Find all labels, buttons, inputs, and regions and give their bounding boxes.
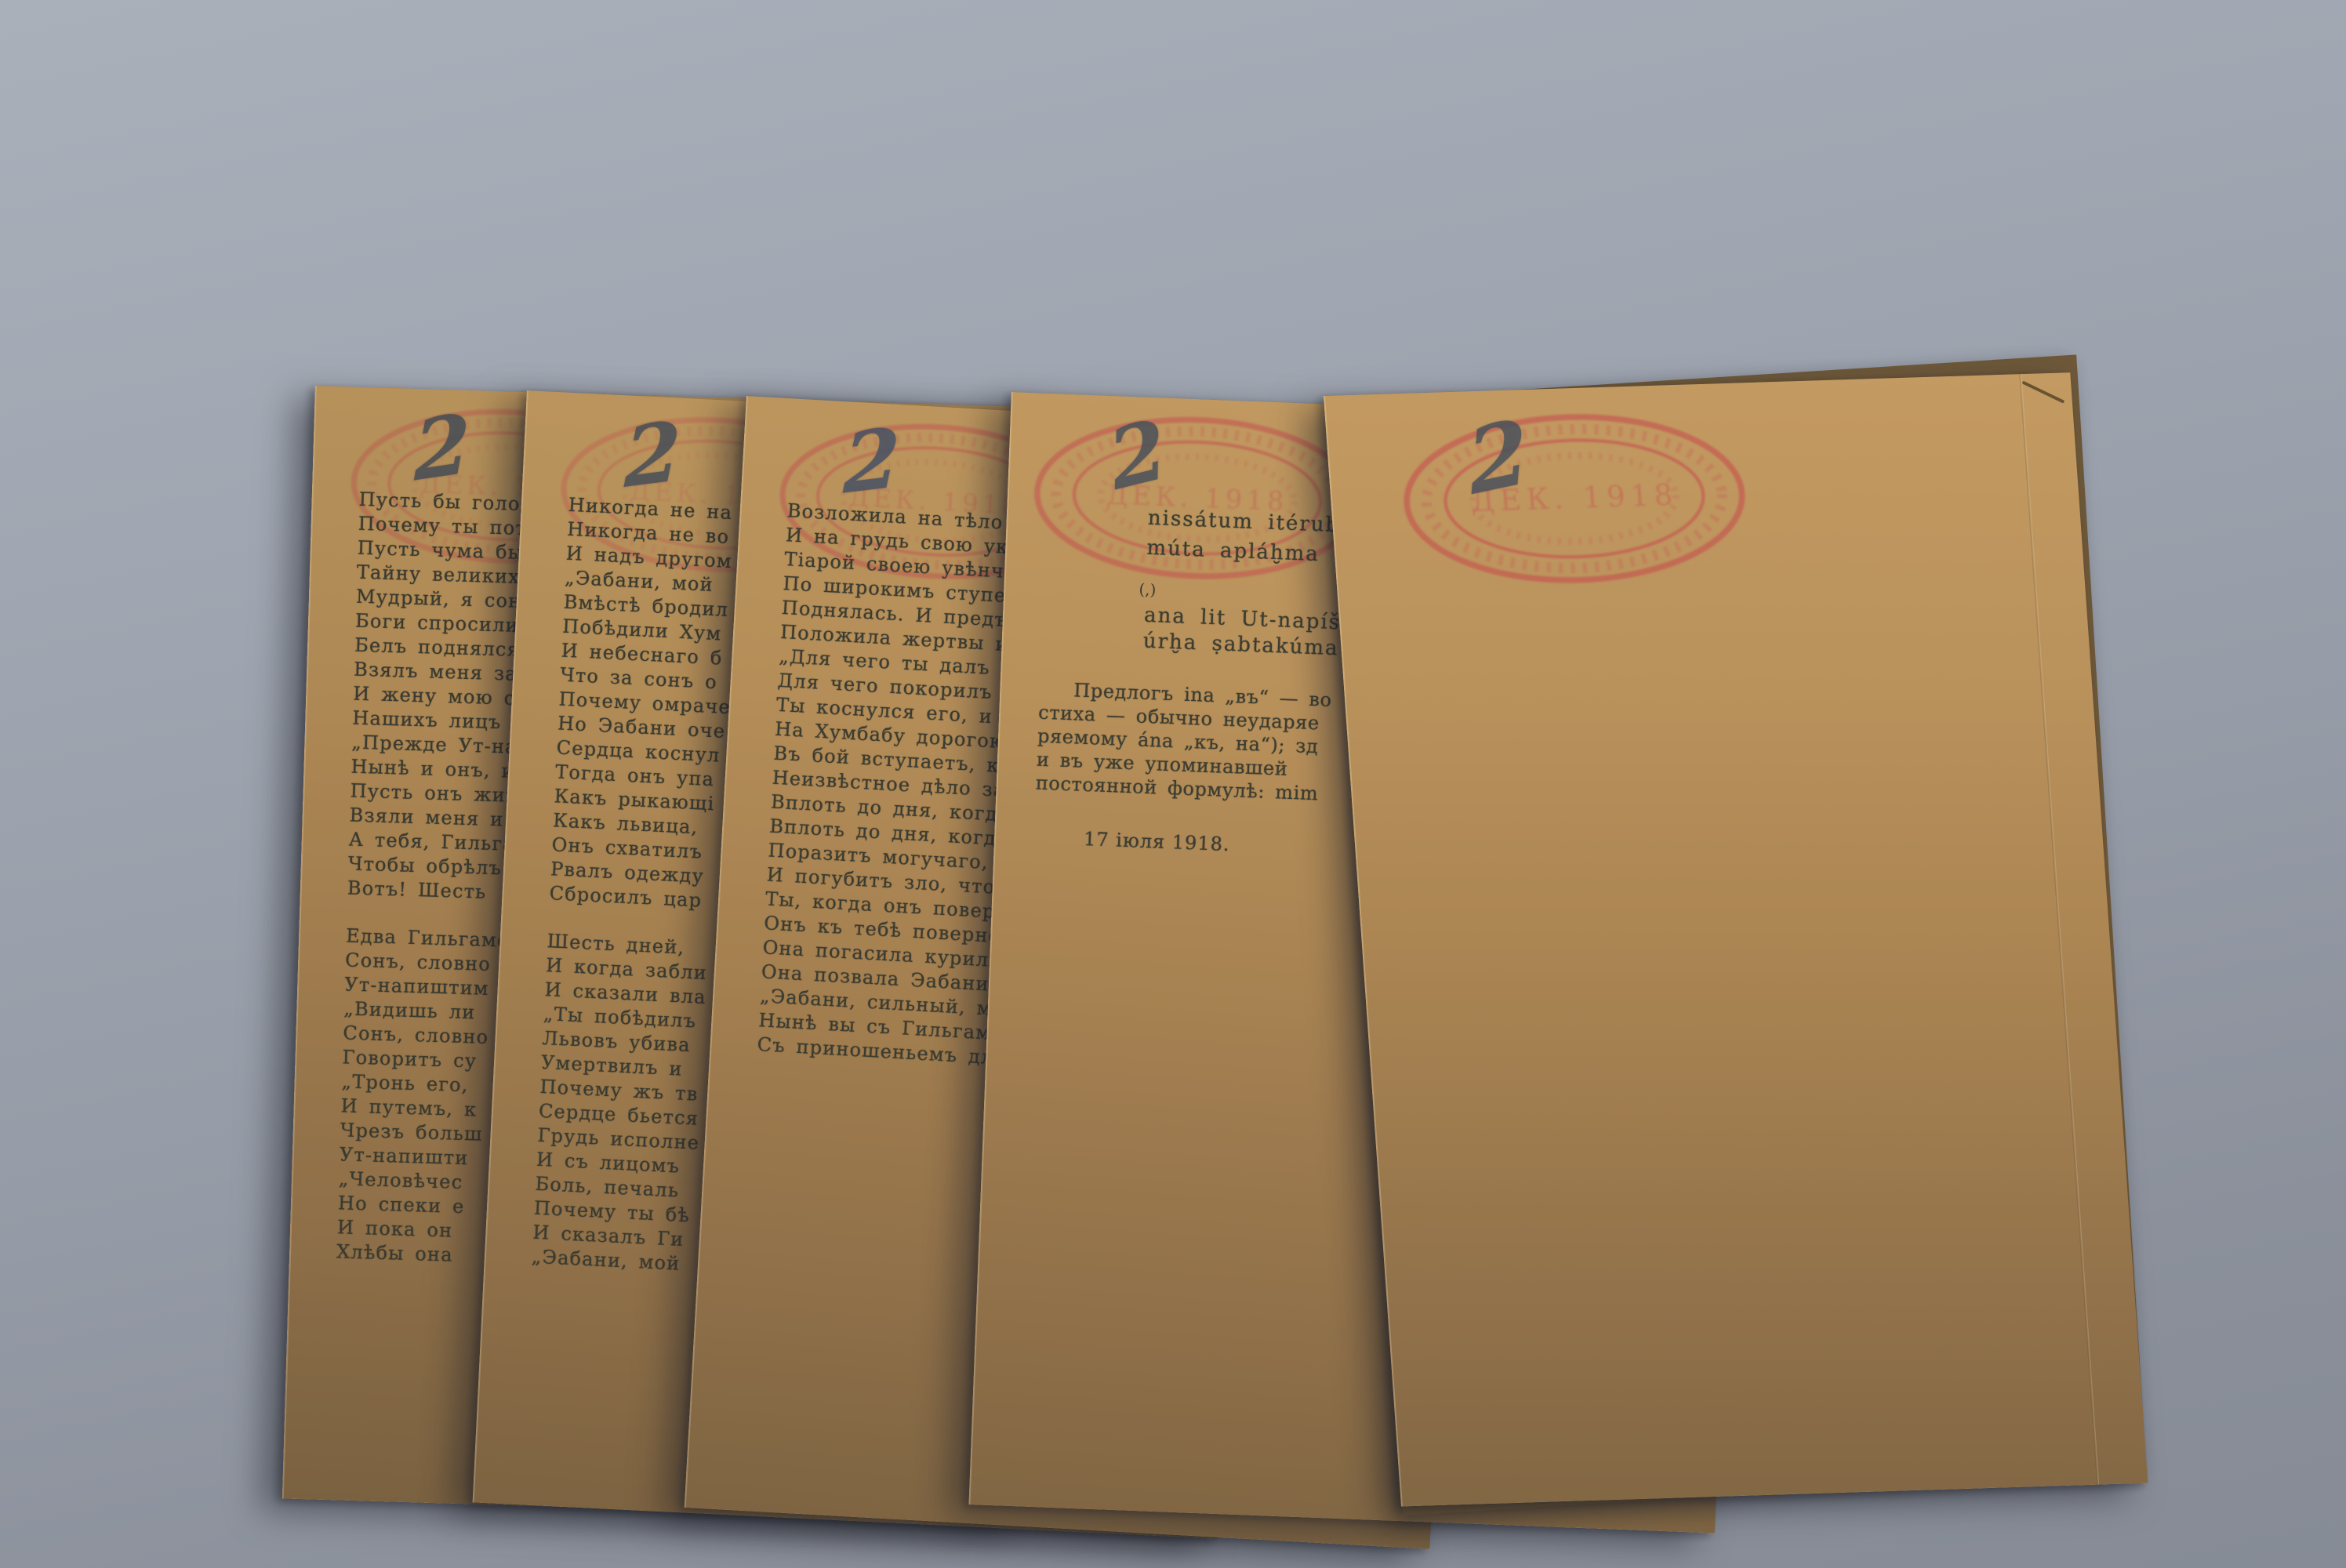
handwritten-numeral: 2 — [624, 402, 682, 506]
manuscript-date: 17 іюля 1918. — [1084, 828, 1230, 855]
oval-stamp-icon: ДЕК. 1918 — [1388, 403, 1761, 594]
commentary-paragraph: Предлогъ ina „въ“ — востиха — обычно неу… — [1035, 677, 1332, 806]
thread-mark — [2022, 381, 2065, 404]
comma-note: (,) — [1138, 579, 1157, 599]
akkadian-transliteration-block: nissátum itérubmúta apláḫma — [1146, 503, 1341, 570]
handwritten-numeral: 2 — [843, 408, 901, 513]
paper-sheet-5: ДЕК. 1918 2 — [1324, 372, 2148, 1506]
photo-stage: ДЕК. 1918 2 Пусть бы голодъПочему ты пот… — [0, 0, 2346, 1568]
handwritten-numeral: 2 — [414, 394, 470, 500]
handwritten-numeral: 2 — [1463, 400, 1534, 516]
